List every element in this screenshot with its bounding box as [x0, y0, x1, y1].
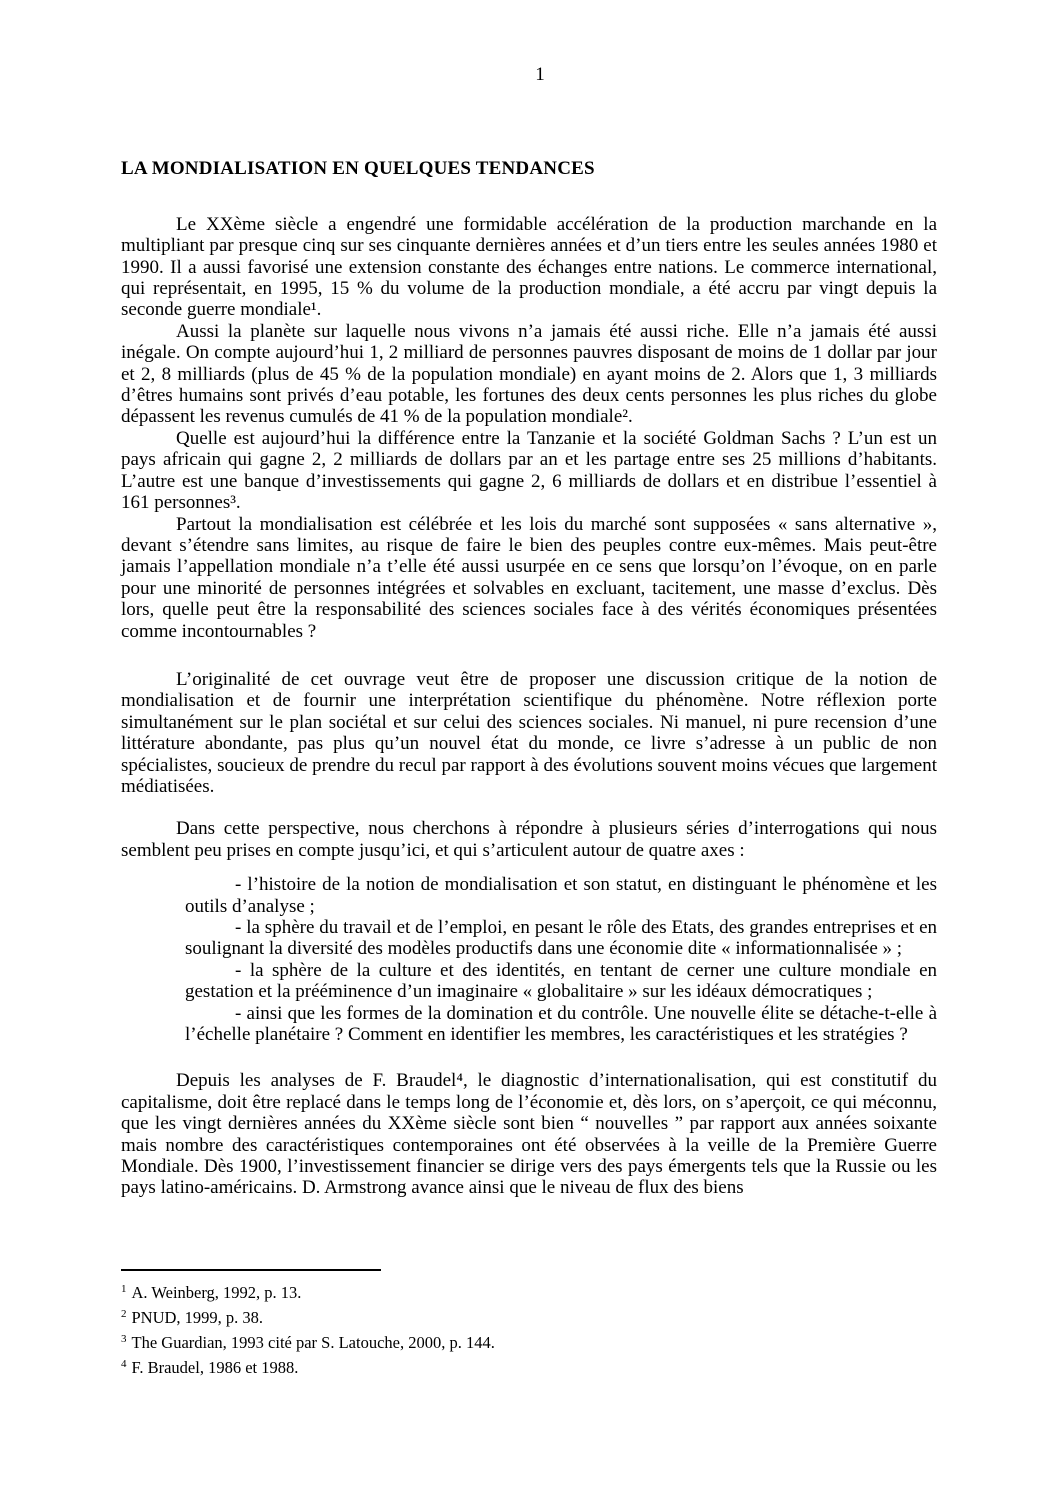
- document-title: LA MONDIALISATION EN QUELQUES TENDANCES: [121, 158, 937, 179]
- paragraph-quatre-axes-intro: Dans cette perspective, nous cherchons à…: [121, 818, 937, 861]
- axis-item-culture-identites: - la sphère de la culture et des identit…: [185, 960, 937, 1003]
- axis-item-histoire: - l’histoire de la notion de mondialisat…: [185, 874, 937, 917]
- paragraph-braudel: Depuis les analyses de F. Braudel⁴, le d…: [121, 1070, 937, 1198]
- footnote-text: F. Braudel, 1986 et 1988.: [132, 1358, 299, 1377]
- footnote-4: 4F. Braudel, 1986 et 1988.: [121, 1355, 937, 1380]
- page-number: 1: [143, 64, 937, 85]
- paragraph-production-marchande: Le XXème siècle a engendré une formidabl…: [121, 214, 937, 321]
- footnote-3: 3The Guardian, 1993 cité par S. Latouche…: [121, 1330, 937, 1355]
- footnote-1: 1A. Weinberg, 1992, p. 13.: [121, 1280, 937, 1305]
- footnote-marker: 3: [121, 1333, 127, 1345]
- paragraph-planete-inegale: Aussi la planète sur laquelle nous vivon…: [121, 321, 937, 428]
- axis-item-travail-emploi: - la sphère du travail et de l’emploi, e…: [185, 917, 937, 960]
- axes-list: - l’histoire de la notion de mondialisat…: [185, 874, 937, 1045]
- footnote-separator: [121, 1269, 381, 1271]
- footnotes-section: 1A. Weinberg, 1992, p. 13. 2PNUD, 1999, …: [121, 1269, 937, 1380]
- footnote-marker: 2: [121, 1308, 127, 1320]
- paragraph-tanzanie-goldman: Quelle est aujourd’hui la différence ent…: [121, 428, 937, 514]
- axis-item-domination-controle: - ainsi que les formes de la domination …: [185, 1003, 937, 1046]
- footnote-marker: 4: [121, 1358, 127, 1370]
- footnote-text: A. Weinberg, 1992, p. 13.: [132, 1283, 302, 1302]
- paragraph-originalite-ouvrage: L’originalité de cet ouvrage veut être d…: [121, 669, 937, 797]
- footnote-2: 2PNUD, 1999, p. 38.: [121, 1305, 937, 1330]
- footnote-text: PNUD, 1999, p. 38.: [132, 1308, 264, 1327]
- footnote-text: The Guardian, 1993 cité par S. Latouche,…: [132, 1333, 495, 1352]
- document-page: 1 LA MONDIALISATION EN QUELQUES TENDANCE…: [0, 0, 1058, 1497]
- footnote-marker: 1: [121, 1283, 127, 1295]
- paragraph-mondialisation-celebree: Partout la mondialisation est célébrée e…: [121, 514, 937, 642]
